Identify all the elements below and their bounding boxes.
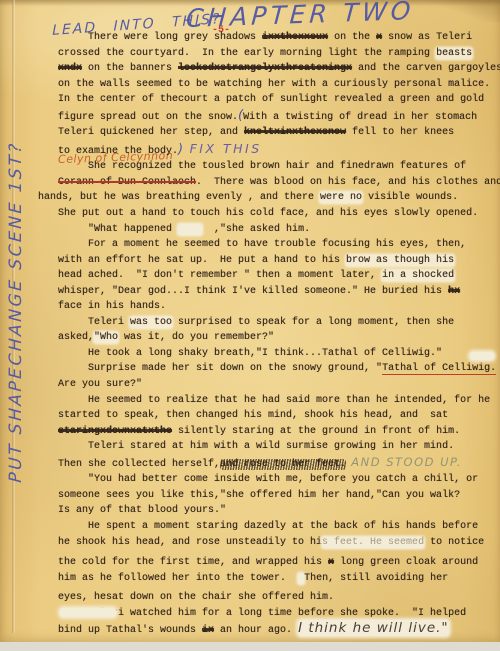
xover-segment: lookedxstrangelyxthreateningx xyxy=(178,63,352,74)
typescript-line: to examine the body.) FIX THIS xyxy=(58,141,494,160)
typed-text: whisper, "Dear god...I think I've killed… xyxy=(58,286,448,297)
whiteout-patch xyxy=(60,608,116,617)
typescript-line: "What happened xxxx ,"she asked him. xyxy=(58,222,494,238)
typed-text: bind up Tathal's wounds xyxy=(58,625,202,636)
typed-text: on the banners xyxy=(82,63,178,74)
typescript-line: asked,"Who was it, do you remember?" xyxy=(58,330,494,346)
typed-text: with an effort he sat up. He put a hand … xyxy=(58,255,346,266)
typed-text: and the carven gargoyles xyxy=(352,63,500,74)
typed-text: to examine the body. xyxy=(58,146,178,157)
typescript-line: Surprise made her sit down on the snowy … xyxy=(58,361,494,377)
paper-corner-shadow xyxy=(430,0,500,22)
typescript-line: Is any of that blood yours." xyxy=(58,503,494,519)
typescript-line: Then she collected herself,and rose to h… xyxy=(58,455,494,473)
typescript-line: someone sees you like this,"she offered … xyxy=(58,488,494,504)
typed-text: He seemed to realize that he had said mo… xyxy=(58,395,490,406)
typed-text: He spent a moment staring dazedly at the… xyxy=(58,521,478,532)
typed-text: long green cloak around xyxy=(334,557,478,568)
typed-text: Then, still avoiding her xyxy=(304,573,448,584)
typescript-line: hands, but he was breathing evenly , and… xyxy=(38,190,494,206)
typed-text: someone sees you like this,"she offered … xyxy=(58,490,460,501)
margin-note-vertical: PUT SHAPECHANGE SCENE 1ST? xyxy=(6,141,26,484)
typed-text: Teleri quickened her step, and xyxy=(58,127,244,138)
typed-text: crossed the courtyard. In the early morn… xyxy=(58,48,436,59)
hand-segment: FIX THIS xyxy=(183,141,262,156)
typed-text: Then she collected herself, xyxy=(58,459,220,470)
typed-text: on the xyxy=(328,32,376,43)
typed-text: asked, xyxy=(58,332,94,343)
typescript-line: xndx on the banners lookedxstrangelyxthr… xyxy=(58,61,494,77)
typed-text: "What happened xyxy=(58,224,178,235)
typed-text: figure spread out on the snow. xyxy=(58,112,238,123)
typed-text: . There was blood on his face, and his c… xyxy=(196,177,500,188)
typescript-line: started to speak, then changed his mind,… xyxy=(58,408,494,424)
typed-text: He took a long shaky breath,"I think...T… xyxy=(58,348,442,359)
typed-text: he shook his head, and rose unsteadily t… xyxy=(58,537,322,548)
typescript-line: whisper, "Dear god...I think I've killed… xyxy=(58,284,494,300)
typed-text: the cold for the first time, and wrapped… xyxy=(58,557,328,568)
typed-text: surprised to speak for a long moment, th… xyxy=(172,317,454,328)
typescript-line: figure spread out on the snow.(With a tw… xyxy=(58,108,494,126)
typescript-line: Teleri stared at him with a wild surmise… xyxy=(58,439,494,455)
typescript-line: Corann of Dun Connlaoch. There was blood… xyxy=(58,175,494,191)
typescript-line: For a moment he seemed to have trouble f… xyxy=(58,237,494,253)
hand-pencil-segment: I think he will live." xyxy=(298,620,449,636)
xover-segment: hx xyxy=(448,286,460,297)
typescript-line: the cold for the first time, and wrapped… xyxy=(58,555,494,571)
typescript-line: eyes, hesat down on the chair she offere… xyxy=(58,590,494,606)
typescript-line: face in his hands. xyxy=(58,299,494,315)
scribble-segment: and rose to her feet. xyxy=(220,459,346,470)
typescript-line: head ached. "I don't remember " then a m… xyxy=(58,268,494,284)
typescript-line: him as he followed her into the tower. T… xyxy=(58,571,494,587)
xover-segment: staringxdownxatxthe xyxy=(58,426,172,437)
typed-text: visible wounds. xyxy=(362,192,458,203)
typed-text: to notice xyxy=(424,537,484,548)
typed-text: Teleri xyxy=(58,317,130,328)
typescript-line: Teleri quickened her step, and kneltxinx… xyxy=(58,125,494,141)
typescript-line: Teleri watched him for a long time befor… xyxy=(58,606,494,622)
typed-text: "You had better come inside with me, bef… xyxy=(58,474,478,485)
xover-segment: ixxthexxsux xyxy=(262,32,328,43)
xover-segment: ix xyxy=(202,625,214,636)
typed-text: started to speak, then changed his mind,… xyxy=(58,410,448,421)
typescript-line: Are you sure?" xyxy=(58,377,494,393)
typed-text: hands, but he was breathing evenly , and… xyxy=(38,192,320,203)
typed-text: ,"she asked him. xyxy=(202,224,310,235)
whiteout-segment: s feet. He seemed xyxy=(322,537,424,548)
typed-text: snow as Teleri xyxy=(382,32,472,43)
typed-text: silently staring at the ground in front … xyxy=(172,426,460,437)
smudge-segment: were no xyxy=(320,192,362,203)
blank-segment: xxxx xyxy=(178,224,202,235)
typed-text: In the center of thecourt a patch of sun… xyxy=(58,94,484,105)
typed-text: Surprise made her sit down on the snowy … xyxy=(58,363,382,374)
typescript-body: There were long grey shadows ixxthexxsux… xyxy=(58,30,494,639)
typescript-line: staringxdownxatxthe silently staring at … xyxy=(58,424,494,440)
smudge-segment: "Who xyxy=(94,332,118,343)
typed-text: Are you sure?" xyxy=(58,379,142,390)
hand-faded-segment: AND STOOD UP. xyxy=(346,455,462,469)
typed-text: There were long grey shadows xyxy=(58,32,262,43)
smudge-segment: beasts xyxy=(436,48,472,59)
typed-text: She put out a hand to touch his cold fac… xyxy=(58,208,478,219)
xover-segment: xndx xyxy=(58,63,82,74)
typescript-line: She put out a hand to touch his cold fac… xyxy=(58,206,494,222)
typescript-line: He spent a moment staring dazedly at the… xyxy=(58,519,494,535)
typescript-line: "You had better come inside with me, bef… xyxy=(58,472,494,488)
typescript-line: She recognized the tousled brown hair an… xyxy=(58,159,494,175)
typescript-line: He seemed to realize that he had said mo… xyxy=(58,393,494,409)
typed-text: on the walls seemed to be watching her w… xyxy=(58,79,490,90)
typed-text: an hour ago. xyxy=(214,625,298,636)
smudge-segment: brow as though his xyxy=(346,255,454,266)
typescript-line: In the center of thecourt a patch of sun… xyxy=(58,92,494,108)
typed-text: head ached. "I don't remember " then a m… xyxy=(58,270,382,281)
smudge-segment: in a shocked xyxy=(382,270,454,281)
typed-text: face in his hands. xyxy=(58,301,166,312)
typescript-line: Teleri was too surprised to speak for a … xyxy=(58,315,494,331)
typescript-line: with an effort he sat up. He put a hand … xyxy=(58,253,494,269)
typescript-line: bind up Tathal's wounds ix an hour ago. … xyxy=(58,621,494,639)
typed-text: him as he followed her into the tower. xyxy=(58,573,298,584)
typed-text: For a moment he seemed to have trouble f… xyxy=(58,239,466,250)
xover-segment: kneltxinxthexsnow xyxy=(244,127,346,138)
typed-text: Is any of that blood yours." xyxy=(58,505,226,516)
typescript-line: on the walls seemed to be watching her w… xyxy=(58,77,494,93)
typed-text: eyes, hesat down on the chair she offere… xyxy=(58,592,334,603)
typed-text: Teleri stared at him with a wild surmise… xyxy=(58,441,454,452)
typed-text: Teleri watched him for a long time befor… xyxy=(58,608,466,619)
redstrike-segment: Corann of Dun Connlaoch xyxy=(58,177,196,188)
smudge-segment: was too xyxy=(130,317,172,328)
typed-text: With a twisting of dread in her stomach xyxy=(243,112,477,123)
typescript-line: He took a long shaky breath,"I think...T… xyxy=(58,346,494,362)
typed-text: fell to her knees xyxy=(346,127,454,138)
typed-text: She recognized the tousled brown hair an… xyxy=(58,161,466,172)
redline-segment: Tathal of Celliwig. xyxy=(382,363,496,375)
typescript-line: he shook his head, and rose unsteadily t… xyxy=(58,535,494,551)
typescript-line: crossed the courtyard. In the early morn… xyxy=(58,46,494,62)
typed-text: was it, do you remember?" xyxy=(118,332,274,343)
typescript-line: There were long grey shadows ixxthexxsux… xyxy=(58,30,494,46)
whiteout-patch xyxy=(470,352,494,360)
